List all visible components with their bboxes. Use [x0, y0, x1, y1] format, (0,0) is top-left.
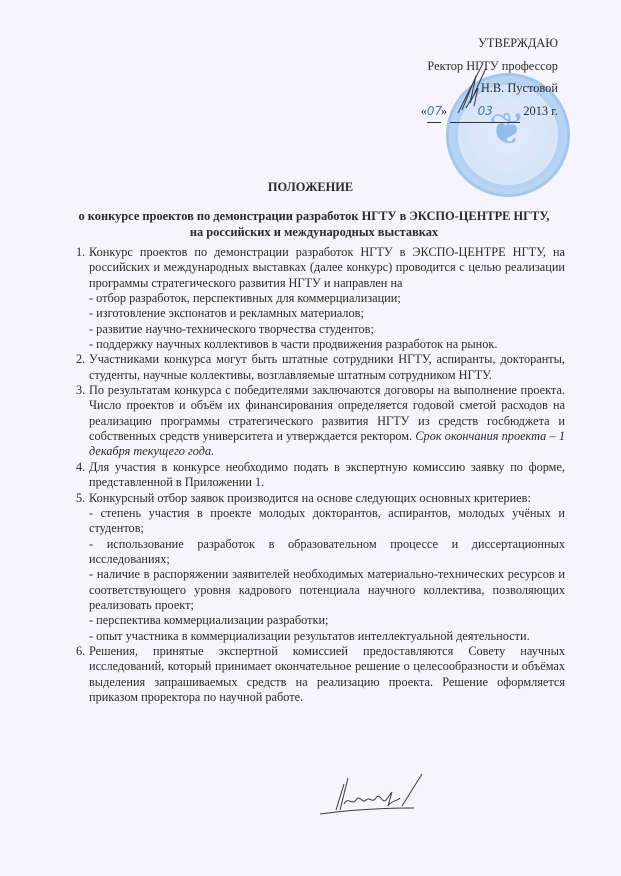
- clause-2: 2. Участниками конкурса могут быть штатн…: [76, 352, 565, 383]
- clause-4: 4. Для участия в конкурсе необходимо под…: [76, 460, 565, 491]
- clause-bullet: - развитие научно-технического творчеств…: [89, 322, 565, 337]
- clause-text: Участниками конкурса могут быть штатные …: [89, 352, 565, 383]
- clause-bullet: - изготовление экспонатов и рекламных ма…: [89, 306, 565, 321]
- date-day: 07: [427, 104, 442, 118]
- clause-bullet: - перспектива коммерциализации разработк…: [89, 613, 565, 628]
- document-body: 1. Конкурс проектов по демонстрации разр…: [76, 245, 565, 705]
- date-quote-close: »: [441, 104, 447, 118]
- clause-5: 5. Конкурсный отбор заявок производится …: [76, 491, 565, 644]
- clause-number: 4.: [76, 460, 85, 475]
- clause-bullet: - наличие в распоряжении заявителей необ…: [89, 567, 565, 613]
- subtitle-line-2: на российских и международных выставках: [70, 224, 558, 240]
- clause-number: 3.: [76, 383, 85, 398]
- clause-bullet: - опыт участника в коммерциализации резу…: [89, 629, 565, 644]
- clause-bullet: - использование разработок в образовател…: [89, 537, 565, 568]
- clause-number: 5.: [76, 491, 85, 506]
- subtitle-line-1: о конкурсе проектов по демонстрации разр…: [70, 208, 558, 224]
- clause-text: Конкурс проектов по демонстрации разрабо…: [89, 245, 565, 291]
- clause-bullet: - поддержку научных коллективов в части …: [89, 337, 565, 352]
- approval-date: «07» 03 2013 г.: [421, 100, 558, 124]
- clause-text: Конкурсный отбор заявок производится на …: [89, 491, 565, 506]
- clause-3: 3. По результатам конкурса с победителям…: [76, 383, 565, 460]
- clause-text: По результатам конкурса с победителями з…: [89, 383, 565, 460]
- approval-heading: УТВЕРЖДАЮ: [421, 32, 558, 55]
- document-subtitle: о конкурсе проектов по демонстрации разр…: [70, 208, 558, 240]
- date-year: 2013 г.: [523, 104, 558, 118]
- clause-bullet: - отбор разработок, перспективных для ко…: [89, 291, 565, 306]
- clause-number: 2.: [76, 352, 85, 367]
- date-month: 03: [478, 104, 493, 118]
- signature-icon: [318, 770, 438, 820]
- clause-6: 6. Решения, принятые экспертной комиссие…: [76, 644, 565, 705]
- approver-name: Н.В. Пустовой: [421, 77, 558, 100]
- approver-position: Ректор НГТУ профессор: [421, 55, 558, 78]
- clause-text: Решения, принятые экспертной комиссией п…: [89, 644, 565, 705]
- clause-bullet: - степень участия в проекте молодых докт…: [89, 506, 565, 537]
- clause-number: 6.: [76, 644, 85, 659]
- document-title: ПОЛОЖЕНИЕ: [0, 180, 621, 195]
- document-page: ❦ УТВЕРЖДАЮ Ректор НГТУ профессор Н.В. П…: [0, 0, 621, 876]
- approval-block: УТВЕРЖДАЮ Ректор НГТУ профессор Н.В. Пус…: [421, 32, 558, 123]
- clause-1: 1. Конкурс проектов по демонстрации разр…: [76, 245, 565, 352]
- clause-number: 1.: [76, 245, 85, 260]
- clause-text: Для участия в конкурсе необходимо подать…: [89, 460, 565, 491]
